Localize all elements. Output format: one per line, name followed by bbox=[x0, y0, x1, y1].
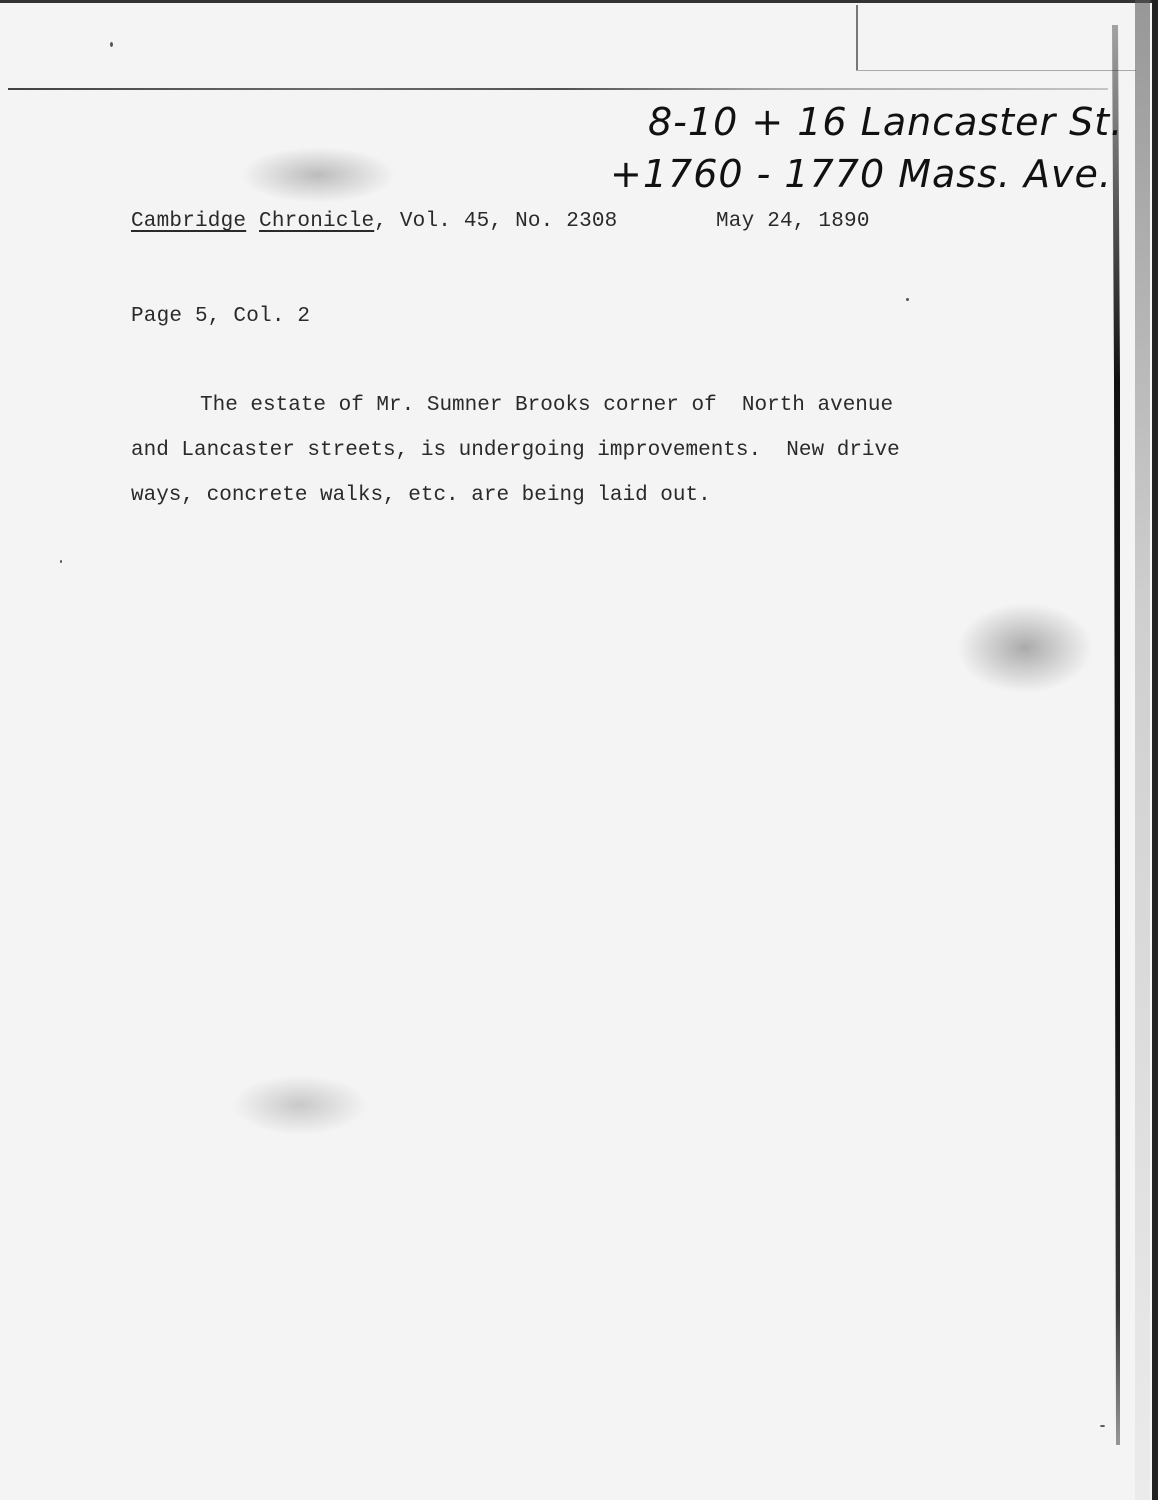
scan-artifact-line bbox=[8, 88, 1108, 90]
publication-date: May 24, 1890 bbox=[716, 210, 870, 233]
article-body: The estate of Mr. Sumner Brooks corner o… bbox=[131, 392, 971, 527]
handwritten-address-line-2: +1760 - 1770 Mass. Ave. bbox=[610, 152, 1112, 196]
paper-fold-edge-horizontal bbox=[856, 70, 1136, 71]
scan-right-edge-shadow bbox=[1110, 25, 1120, 1445]
scan-speck bbox=[1100, 1425, 1105, 1427]
paper-fold-edge bbox=[856, 5, 858, 71]
article-line: and Lancaster streets, is undergoing imp… bbox=[131, 437, 971, 482]
scanned-document-page: 8-10 + 16 Lancaster St. +1760 - 1770 Mas… bbox=[0, 0, 1158, 1500]
page-column-reference: Page 5, Col. 2 bbox=[131, 305, 310, 328]
scan-speck bbox=[110, 42, 113, 47]
publication-name-part-1: Cambridge bbox=[131, 210, 246, 233]
handwritten-address-line-1: 8-10 + 16 Lancaster St. bbox=[648, 100, 1123, 144]
citation-line: Cambridge Chronicle, Vol. 45, No. 2308 bbox=[131, 210, 618, 233]
article-line: ways, concrete walks, etc. are being lai… bbox=[131, 482, 971, 527]
volume-issue: , Vol. 45, No. 2308 bbox=[374, 210, 617, 233]
scan-speck bbox=[906, 298, 909, 301]
publication-name-part-2: Chronicle bbox=[259, 210, 374, 233]
article-line: The estate of Mr. Sumner Brooks corner o… bbox=[131, 392, 971, 437]
scan-right-border bbox=[1152, 0, 1158, 1500]
scan-right-margin-shade bbox=[1135, 0, 1150, 1500]
scan-top-border bbox=[0, 0, 1158, 3]
scan-speck bbox=[60, 560, 62, 563]
